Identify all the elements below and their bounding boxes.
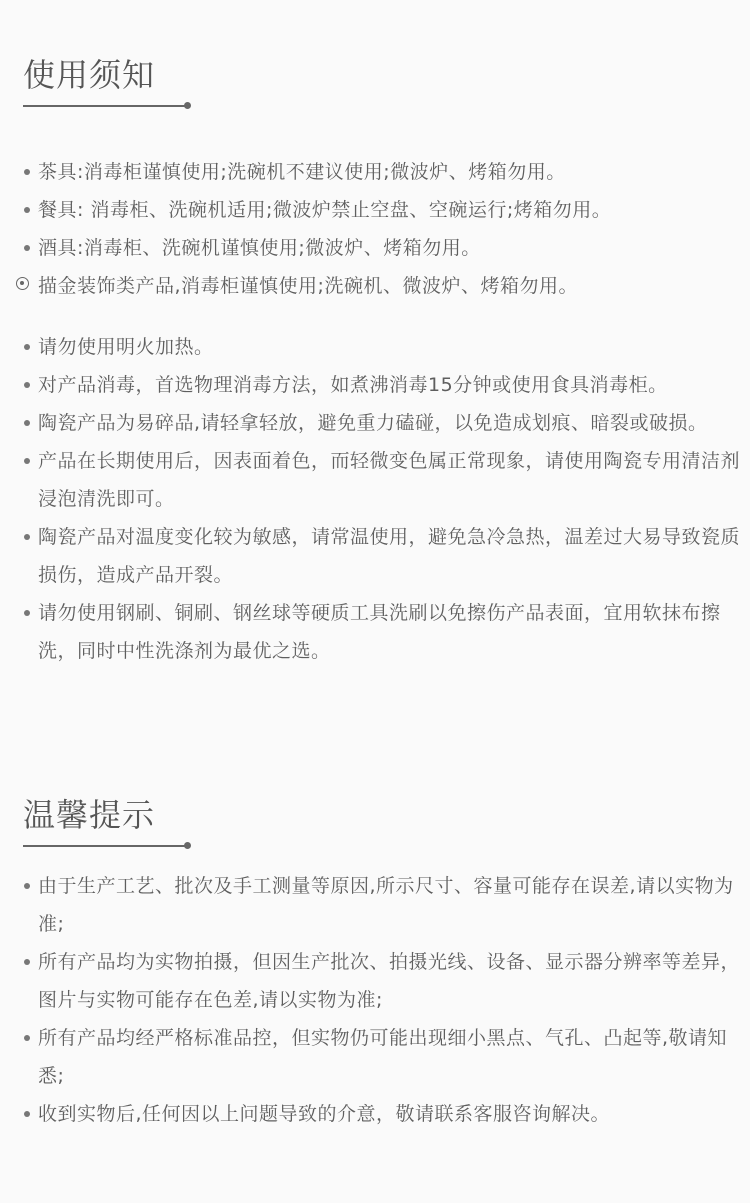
underline-dot-icon — [184, 102, 191, 109]
list-item-text: 陶瓷产品为易碎品,请轻拿轻放，避免重力磕碰，以免造成划痕、暗裂或破损。 — [38, 412, 708, 434]
title-underline — [23, 845, 187, 847]
bullet-icon — [24, 883, 30, 889]
bullet-icon — [24, 534, 30, 540]
list-item: 对产品消毒，首选物理消毒方法，如煮沸消毒15分钟或使用食具消毒柜。 — [0, 366, 750, 404]
usage-title: 使用须知 — [23, 55, 187, 95]
tips-list: 由于生产工艺、批次及手工测量等原因,所示尺寸、容量可能存在误差,请以实物为准; … — [0, 867, 750, 1133]
list-item: 陶瓷产品为易碎品,请轻拿轻放，避免重力磕碰，以免造成划痕、暗裂或破损。 — [0, 404, 750, 442]
bullet-icon — [24, 1111, 30, 1117]
list-item: 由于生产工艺、批次及手工测量等原因,所示尺寸、容量可能存在误差,请以实物为准; — [0, 867, 750, 943]
list-item-text: 所有产品均为实物拍摄，但因生产批次、拍摄光线、设备、显示器分辨率等差异，图片与实… — [38, 951, 740, 1011]
list-item-text: 收到实物后,任何因以上问题导致的介意，敬请联系客服咨询解决。 — [38, 1103, 610, 1125]
tips-title: 温馨提示 — [23, 795, 187, 835]
bullet-icon — [24, 420, 30, 426]
list-item-text: 陶瓷产品对温度变化较为敏感，请常温使用，避免急冷急热，温差过大易导致瓷质损伤，造… — [38, 526, 740, 586]
bullet-icon — [24, 344, 30, 350]
list-item-text: 由于生产工艺、批次及手工测量等原因,所示尺寸、容量可能存在误差,请以实物为准; — [38, 875, 734, 935]
list-item-text: 请勿使用钢刷、铜刷、钢丝球等硬质工具洗刷以免擦伤产品表面，宜用软抹布擦洗，同时中… — [38, 602, 721, 662]
list-item-text: 茶具:消毒柜谨慎使用;洗碗机不建议使用;微波炉、烤箱勿用。 — [38, 161, 566, 183]
bullet-icon — [24, 382, 30, 388]
tips-section-header: 温馨提示 — [23, 795, 187, 847]
list-item: 餐具: 消毒柜、洗碗机适用;微波炉禁止空盘、空碗运行;烤箱勿用。 — [0, 191, 750, 229]
list-item: 酒具:消毒柜、洗碗机谨慎使用;微波炉、烤箱勿用。 — [0, 229, 750, 267]
list-item: 收到实物后,任何因以上问题导致的介意，敬请联系客服咨询解决。 — [0, 1095, 750, 1133]
list-item-text: 对产品消毒，首选物理消毒方法，如煮沸消毒15分钟或使用食具消毒柜。 — [38, 374, 668, 396]
list-item: 陶瓷产品对温度变化较为敏感，请常温使用，避免急冷急热，温差过大易导致瓷质损伤，造… — [0, 518, 750, 594]
bullet-icon — [24, 207, 30, 213]
usage-section-header: 使用须知 — [23, 55, 187, 107]
bullet-icon — [24, 458, 30, 464]
list-item-text: 餐具: 消毒柜、洗碗机适用;微波炉禁止空盘、空碗运行;烤箱勿用。 — [38, 199, 611, 221]
title-underline — [23, 105, 187, 107]
list-item: 所有产品均经严格标准品控，但实物仍可能出现细小黑点、气孔、凸起等,敬请知悉; — [0, 1019, 750, 1095]
bullet-icon — [24, 245, 30, 251]
circled-dot-icon — [16, 277, 29, 290]
bullet-icon — [24, 959, 30, 965]
usage-appliance-list: 茶具:消毒柜谨慎使用;洗碗机不建议使用;微波炉、烤箱勿用。 餐具: 消毒柜、洗碗… — [0, 153, 750, 305]
underline-dot-icon — [184, 842, 191, 849]
list-item: 所有产品均为实物拍摄，但因生产批次、拍摄光线、设备、显示器分辨率等差异，图片与实… — [0, 943, 750, 1019]
bullet-icon — [24, 610, 30, 616]
list-item: 请勿使用钢刷、铜刷、钢丝球等硬质工具洗刷以免擦伤产品表面，宜用软抹布擦洗，同时中… — [0, 594, 750, 670]
list-item-text: 所有产品均经严格标准品控，但实物仍可能出现细小黑点、气孔、凸起等,敬请知悉; — [38, 1027, 727, 1087]
list-item: 茶具:消毒柜谨慎使用;洗碗机不建议使用;微波炉、烤箱勿用。 — [0, 153, 750, 191]
list-item: 描金装饰类产品,消毒柜谨慎使用;洗碗机、微波炉、烤箱勿用。 — [0, 267, 750, 305]
bullet-icon — [24, 169, 30, 175]
list-item-text: 产品在长期使用后，因表面着色，而轻微变色属正常现象，请使用陶瓷专用清洁剂浸泡清洗… — [38, 450, 740, 510]
list-item-text: 描金装饰类产品,消毒柜谨慎使用;洗碗机、微波炉、烤箱勿用。 — [38, 275, 578, 297]
usage-care-list: 请勿使用明火加热。 对产品消毒，首选物理消毒方法，如煮沸消毒15分钟或使用食具消… — [0, 328, 750, 670]
list-item: 产品在长期使用后，因表面着色，而轻微变色属正常现象，请使用陶瓷专用清洁剂浸泡清洗… — [0, 442, 750, 518]
list-item-text: 酒具:消毒柜、洗碗机谨慎使用;微波炉、烤箱勿用。 — [38, 237, 481, 259]
list-item-text: 请勿使用明火加热。 — [38, 336, 214, 358]
list-item: 请勿使用明火加热。 — [0, 328, 750, 366]
bullet-icon — [24, 1035, 30, 1041]
